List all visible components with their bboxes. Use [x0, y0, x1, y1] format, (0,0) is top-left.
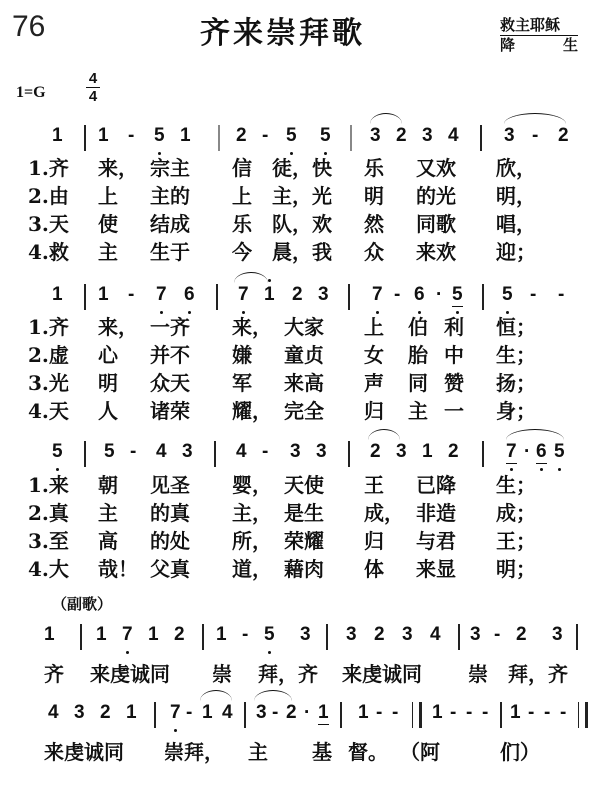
verse-2-line-1: 2.由上主的上主，光明的光明，: [0, 180, 600, 206]
note: -: [272, 702, 278, 724]
note: 6: [184, 284, 195, 306]
note: -: [450, 702, 456, 724]
note: -: [558, 284, 564, 306]
note: 6: [414, 284, 425, 306]
note: 1: [126, 702, 137, 724]
note: 3: [370, 125, 381, 147]
caption-char-right: 生: [563, 36, 578, 55]
note: 2: [174, 624, 185, 646]
hymn-number: 76: [12, 10, 45, 44]
time-signature: 4 4: [86, 70, 100, 105]
note: 1: [148, 624, 159, 646]
chorus-notation-line-2: 4 3 2 1 7 - 1 4 3 - 2 · 1 1 - - 1 - - - …: [0, 702, 600, 732]
note: 1: [52, 284, 63, 306]
note: -: [128, 125, 134, 147]
note: 2: [286, 702, 297, 724]
note: 5: [154, 125, 165, 147]
note: 5: [452, 284, 463, 307]
note: 1: [52, 125, 63, 147]
note: 3: [318, 284, 329, 306]
key-signature: 1=G: [16, 84, 46, 102]
note: -: [532, 125, 538, 147]
note: 3: [422, 125, 433, 147]
verse-4-line-3: 4.大哉！父真道，藉肉体来显明；: [0, 553, 600, 579]
note: 4: [448, 125, 459, 147]
note: 5: [52, 441, 63, 463]
time-sig-top: 4: [86, 70, 100, 88]
note: 7: [506, 441, 517, 464]
chorus-lyrics-line-1: 齐来虔诚同崇拜，齐来虔诚同崇拜，齐: [0, 658, 600, 684]
verse-3-line-3: 3.至高的处所，荣耀归与君王；: [0, 525, 600, 551]
verse-1-line-2: 1.齐来，一齐来，大家上伯利恒；: [0, 311, 600, 337]
chorus-lyrics-line-2: 来虔诚同崇拜，主基督。（阿们）: [0, 736, 600, 762]
note: 3: [300, 624, 311, 646]
verse-1-line-3: 1.来朝见圣婴，天使王已降生；: [0, 469, 600, 495]
note: -: [494, 624, 500, 646]
verse-4-line-1: 4.救主生于今晨，我众来欢迎；: [0, 236, 600, 262]
note: 3: [182, 441, 193, 463]
note: 5: [264, 624, 275, 646]
note: 1: [264, 284, 275, 306]
note: 7: [122, 624, 133, 646]
note: 7: [156, 284, 167, 306]
note: 3: [504, 125, 515, 147]
notation-line-3: 5 5 - 4 3 4 - 3 3 2 3 1 2 7 · 6 5: [0, 441, 600, 471]
note: 2: [236, 125, 247, 147]
note: 3: [396, 441, 407, 463]
occasion-caption: 救主耶稣 降 生: [500, 16, 578, 55]
note: 5: [502, 284, 513, 306]
note: 5: [554, 441, 565, 463]
note: 7: [372, 284, 383, 306]
time-sig-bottom: 4: [89, 88, 97, 105]
note: 2: [516, 624, 527, 646]
verse-3-line-2: 3.光明众天军来高声同赞扬；: [0, 367, 600, 393]
note: 4: [236, 441, 247, 463]
note: -: [482, 702, 488, 724]
note: ·: [304, 702, 310, 724]
note: -: [130, 441, 136, 463]
note: ·: [524, 441, 530, 463]
note: 1: [202, 702, 213, 724]
note: 1: [216, 624, 227, 646]
note: -: [394, 284, 400, 306]
note: 1: [44, 624, 55, 646]
note: 3: [402, 624, 413, 646]
note: 4: [222, 702, 233, 724]
note: 1: [358, 702, 369, 724]
verse-3-line-1: 3.天使结成乐队，欢然同歌唱，: [0, 208, 600, 234]
note: 6: [536, 441, 547, 464]
note: 3: [290, 441, 301, 463]
note: 1: [318, 702, 329, 725]
note: -: [392, 702, 398, 724]
note: -: [242, 624, 248, 646]
note: 5: [320, 125, 331, 147]
note: 3: [470, 624, 481, 646]
note: 5: [286, 125, 297, 147]
note: 1: [422, 441, 433, 463]
notation-line-1: 1 1 - 5 1 2 - 5 5 3 2 3 4 3 - 2: [0, 125, 600, 155]
note: -: [530, 284, 536, 306]
chorus-label: （副歌）: [52, 593, 112, 614]
note: 2: [396, 125, 407, 147]
note: -: [376, 702, 382, 724]
note: 1: [98, 284, 109, 306]
note: 2: [374, 624, 385, 646]
note: ·: [436, 284, 442, 306]
note: -: [262, 441, 268, 463]
note: 7: [238, 284, 249, 306]
note: 1: [432, 702, 443, 724]
note: 3: [346, 624, 357, 646]
note: 4: [48, 702, 59, 724]
verse-2-line-3: 2.真主的真主，是生成，非造成；: [0, 497, 600, 523]
note: 2: [370, 441, 381, 463]
note: -: [528, 702, 534, 724]
caption-line-1: 救主耶稣: [500, 16, 578, 36]
notation-line-2: 1 1 - 7 6 7 1 2 3 7 - 6 · 5 5 - -: [0, 284, 600, 314]
note: 2: [448, 441, 459, 463]
note: 2: [100, 702, 111, 724]
note: -: [128, 284, 134, 306]
note: 4: [156, 441, 167, 463]
note: -: [466, 702, 472, 724]
note: 3: [74, 702, 85, 724]
note: 3: [552, 624, 563, 646]
note: 3: [316, 441, 327, 463]
note: 1: [98, 125, 109, 147]
verse-2-line-2: 2.虚心并不嫌童贞女胎中生；: [0, 339, 600, 365]
chorus-notation-line-1: 1 1 7 1 2 1 - 5 3 3 2 3 4 3 - 2 3: [0, 624, 600, 654]
note: 2: [558, 125, 569, 147]
verse-1-line-1: 1.齐来，宗主信徒，快乐又欢欣，: [0, 152, 600, 178]
page-title: 齐来崇拜歌: [200, 8, 365, 52]
note: 1: [180, 125, 191, 147]
caption-char-left: 降: [500, 36, 515, 55]
note: -: [186, 702, 192, 724]
note: -: [544, 702, 550, 724]
note: 4: [430, 624, 441, 646]
note: 3: [256, 702, 267, 724]
note: 2: [292, 284, 303, 306]
note: 1: [96, 624, 107, 646]
caption-line-2: 降 生: [500, 36, 578, 55]
note: 1: [510, 702, 521, 724]
verse-4-line-2: 4.天人诸荣耀，完全归主一身；: [0, 395, 600, 421]
note: -: [262, 125, 268, 147]
note: -: [560, 702, 566, 724]
note: 5: [104, 441, 115, 463]
note: 7: [170, 702, 181, 724]
